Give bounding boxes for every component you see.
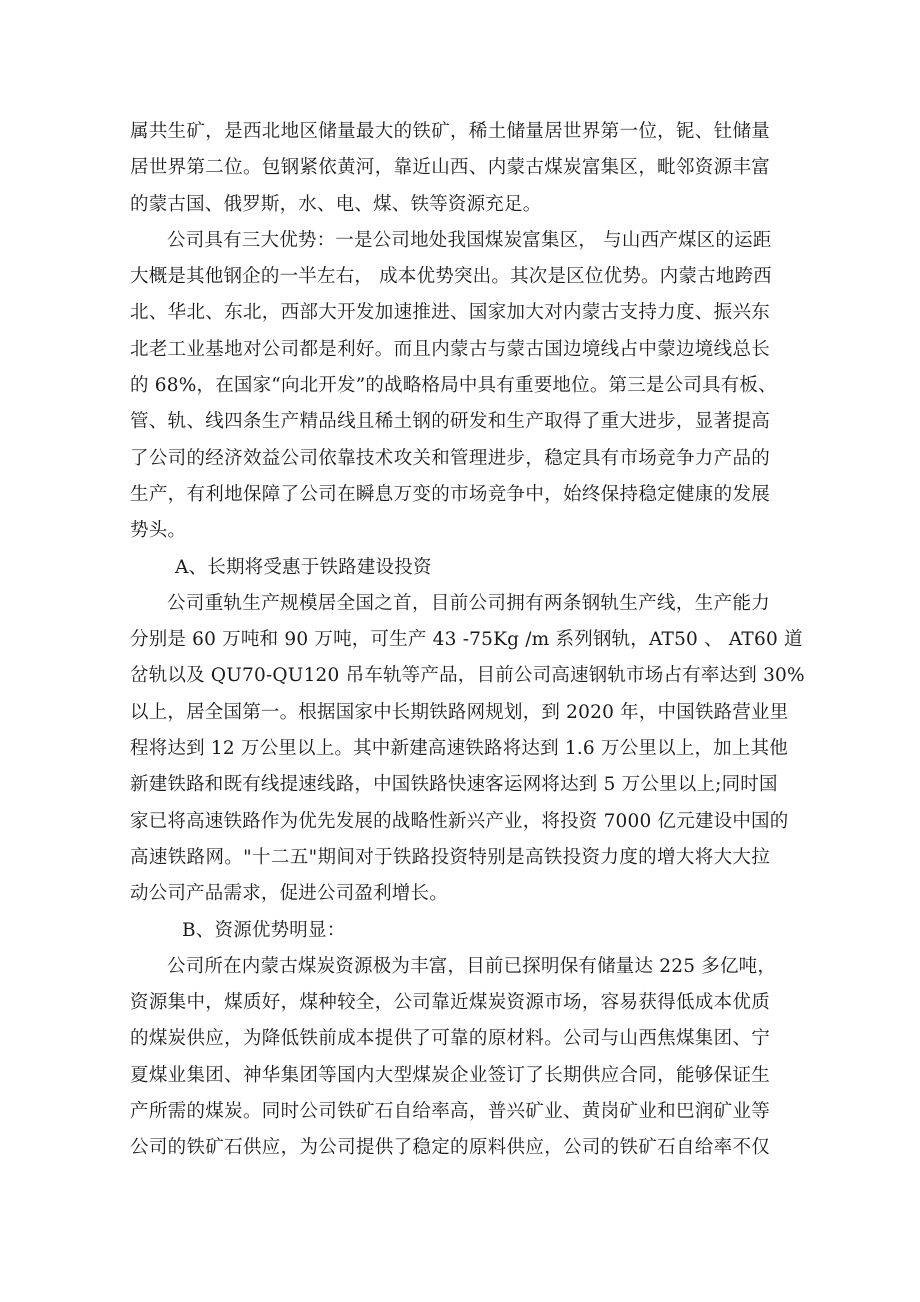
paragraph-line: 高速铁路网。"十二五"期间对于铁路投资特别是高铁投资力度的增大将大大拉: [130, 840, 770, 876]
paragraph-line: 岔轨以及 QU70-QU120 吊车轨等产品，目前公司高速钢轨市场占有率达到 3…: [130, 658, 770, 694]
paragraph-line: 公司的铁矿石供应，为公司提供了稳定的原料供应，公司的铁矿石自给率不仅: [130, 1130, 770, 1166]
paragraph-line: 的蒙古国、俄罗斯，水、电、煤、铁等资源充足。: [130, 187, 770, 223]
document-body: 属共生矿，是西北地区储量最大的铁矿，稀土储量居世界第一位，铌、钍储量居世界第二位…: [130, 114, 770, 1167]
paragraph-first-line: 公司所在内蒙古煤炭资源极为丰富，目前已探明保有储量达 225 多亿吨，: [130, 949, 770, 985]
section-heading: A、长期将受惠于铁路建设投资: [130, 550, 770, 586]
paragraph-line: 以上，居全国第一。根据国家中长期铁路网规划，到 2020 年，中国铁路营业里: [130, 695, 770, 731]
paragraph-line: 属共生矿，是西北地区储量最大的铁矿，稀土储量居世界第一位，铌、钍储量: [130, 114, 770, 150]
paragraph-line: 的煤炭供应，为降低铁前成本提供了可靠的原材料。公司与山西焦煤集团、宁: [130, 1021, 770, 1057]
paragraph-line: 了公司的经济效益公司依靠技术攻关和管理进步，稳定具有市场竞争力产品的: [130, 441, 770, 477]
paragraph-line: 资源集中，煤质好，煤种较全，公司靠近煤炭资源市场，容易获得低成本优质: [130, 985, 770, 1021]
paragraph-line: 家已将高速铁路作为优先发展的战略性新兴产业，将投资 7000 亿元建设中国的: [130, 804, 770, 840]
paragraph-first-line: 公司具有三大优势：一是公司地处我国煤炭富集区， 与山西产煤区的运距: [130, 223, 770, 259]
paragraph-line: 的 68%，在国家“向北开发”的战略格局中具有重要地位。第三是公司具有板、: [130, 368, 770, 404]
paragraph-line: 产所需的煤炭。同时公司铁矿石自给率高，普兴矿业、黄岗矿业和巴润矿业等: [130, 1094, 770, 1130]
paragraph-line: 生产，有利地保障了公司在瞬息万变的市场竞争中，始终保持稳定健康的发展: [130, 477, 770, 513]
paragraph-line: 管、轨、线四条生产精品线且稀土钢的研发和生产取得了重大进步，显著提高: [130, 404, 770, 440]
paragraph-line: 新建铁路和既有线提速线路，中国铁路快速客运网将达到 5 万公里以上;同时国: [130, 767, 770, 803]
paragraph-line: 分别是 60 万吨和 90 万吨，可生产 43 -75Kg /m 系列钢轨，AT…: [130, 622, 770, 658]
paragraph-line: 居世界第二位。包钢紧依黄河，靠近山西、内蒙古煤炭富集区，毗邻资源丰富: [130, 150, 770, 186]
paragraph-line: 夏煤业集团、神华集团等国内大型煤炭企业签订了长期供应合同，能够保证生: [130, 1058, 770, 1094]
paragraph-line: 势头。: [130, 513, 770, 549]
paragraph-line: 大概是其他钢企的一半左右， 成本优势突出。其次是区位优势。内蒙古地跨西: [130, 259, 770, 295]
paragraph-line: 北老工业基地对公司都是利好。而且内蒙古与蒙古国边境线占中蒙边境线总长: [130, 332, 770, 368]
paragraph-line: 北、华北、东北，西部大开发加速推进、国家加大对内蒙古支持力度、振兴东: [130, 295, 770, 331]
document-page: 属共生矿，是西北地区储量最大的铁矿，稀土储量居世界第一位，铌、钍储量居世界第二位…: [0, 0, 920, 1302]
section-heading: B、资源优势明显：: [130, 913, 770, 949]
paragraph-first-line: 公司重轨生产规模居全国之首，目前公司拥有两条钢轨生产线，生产能力: [130, 586, 770, 622]
paragraph-line: 程将达到 12 万公里以上。其中新建高速铁路将达到 1.6 万公里以上，加上其他: [130, 731, 770, 767]
paragraph-line: 动公司产品需求，促进公司盈利增长。: [130, 876, 770, 912]
